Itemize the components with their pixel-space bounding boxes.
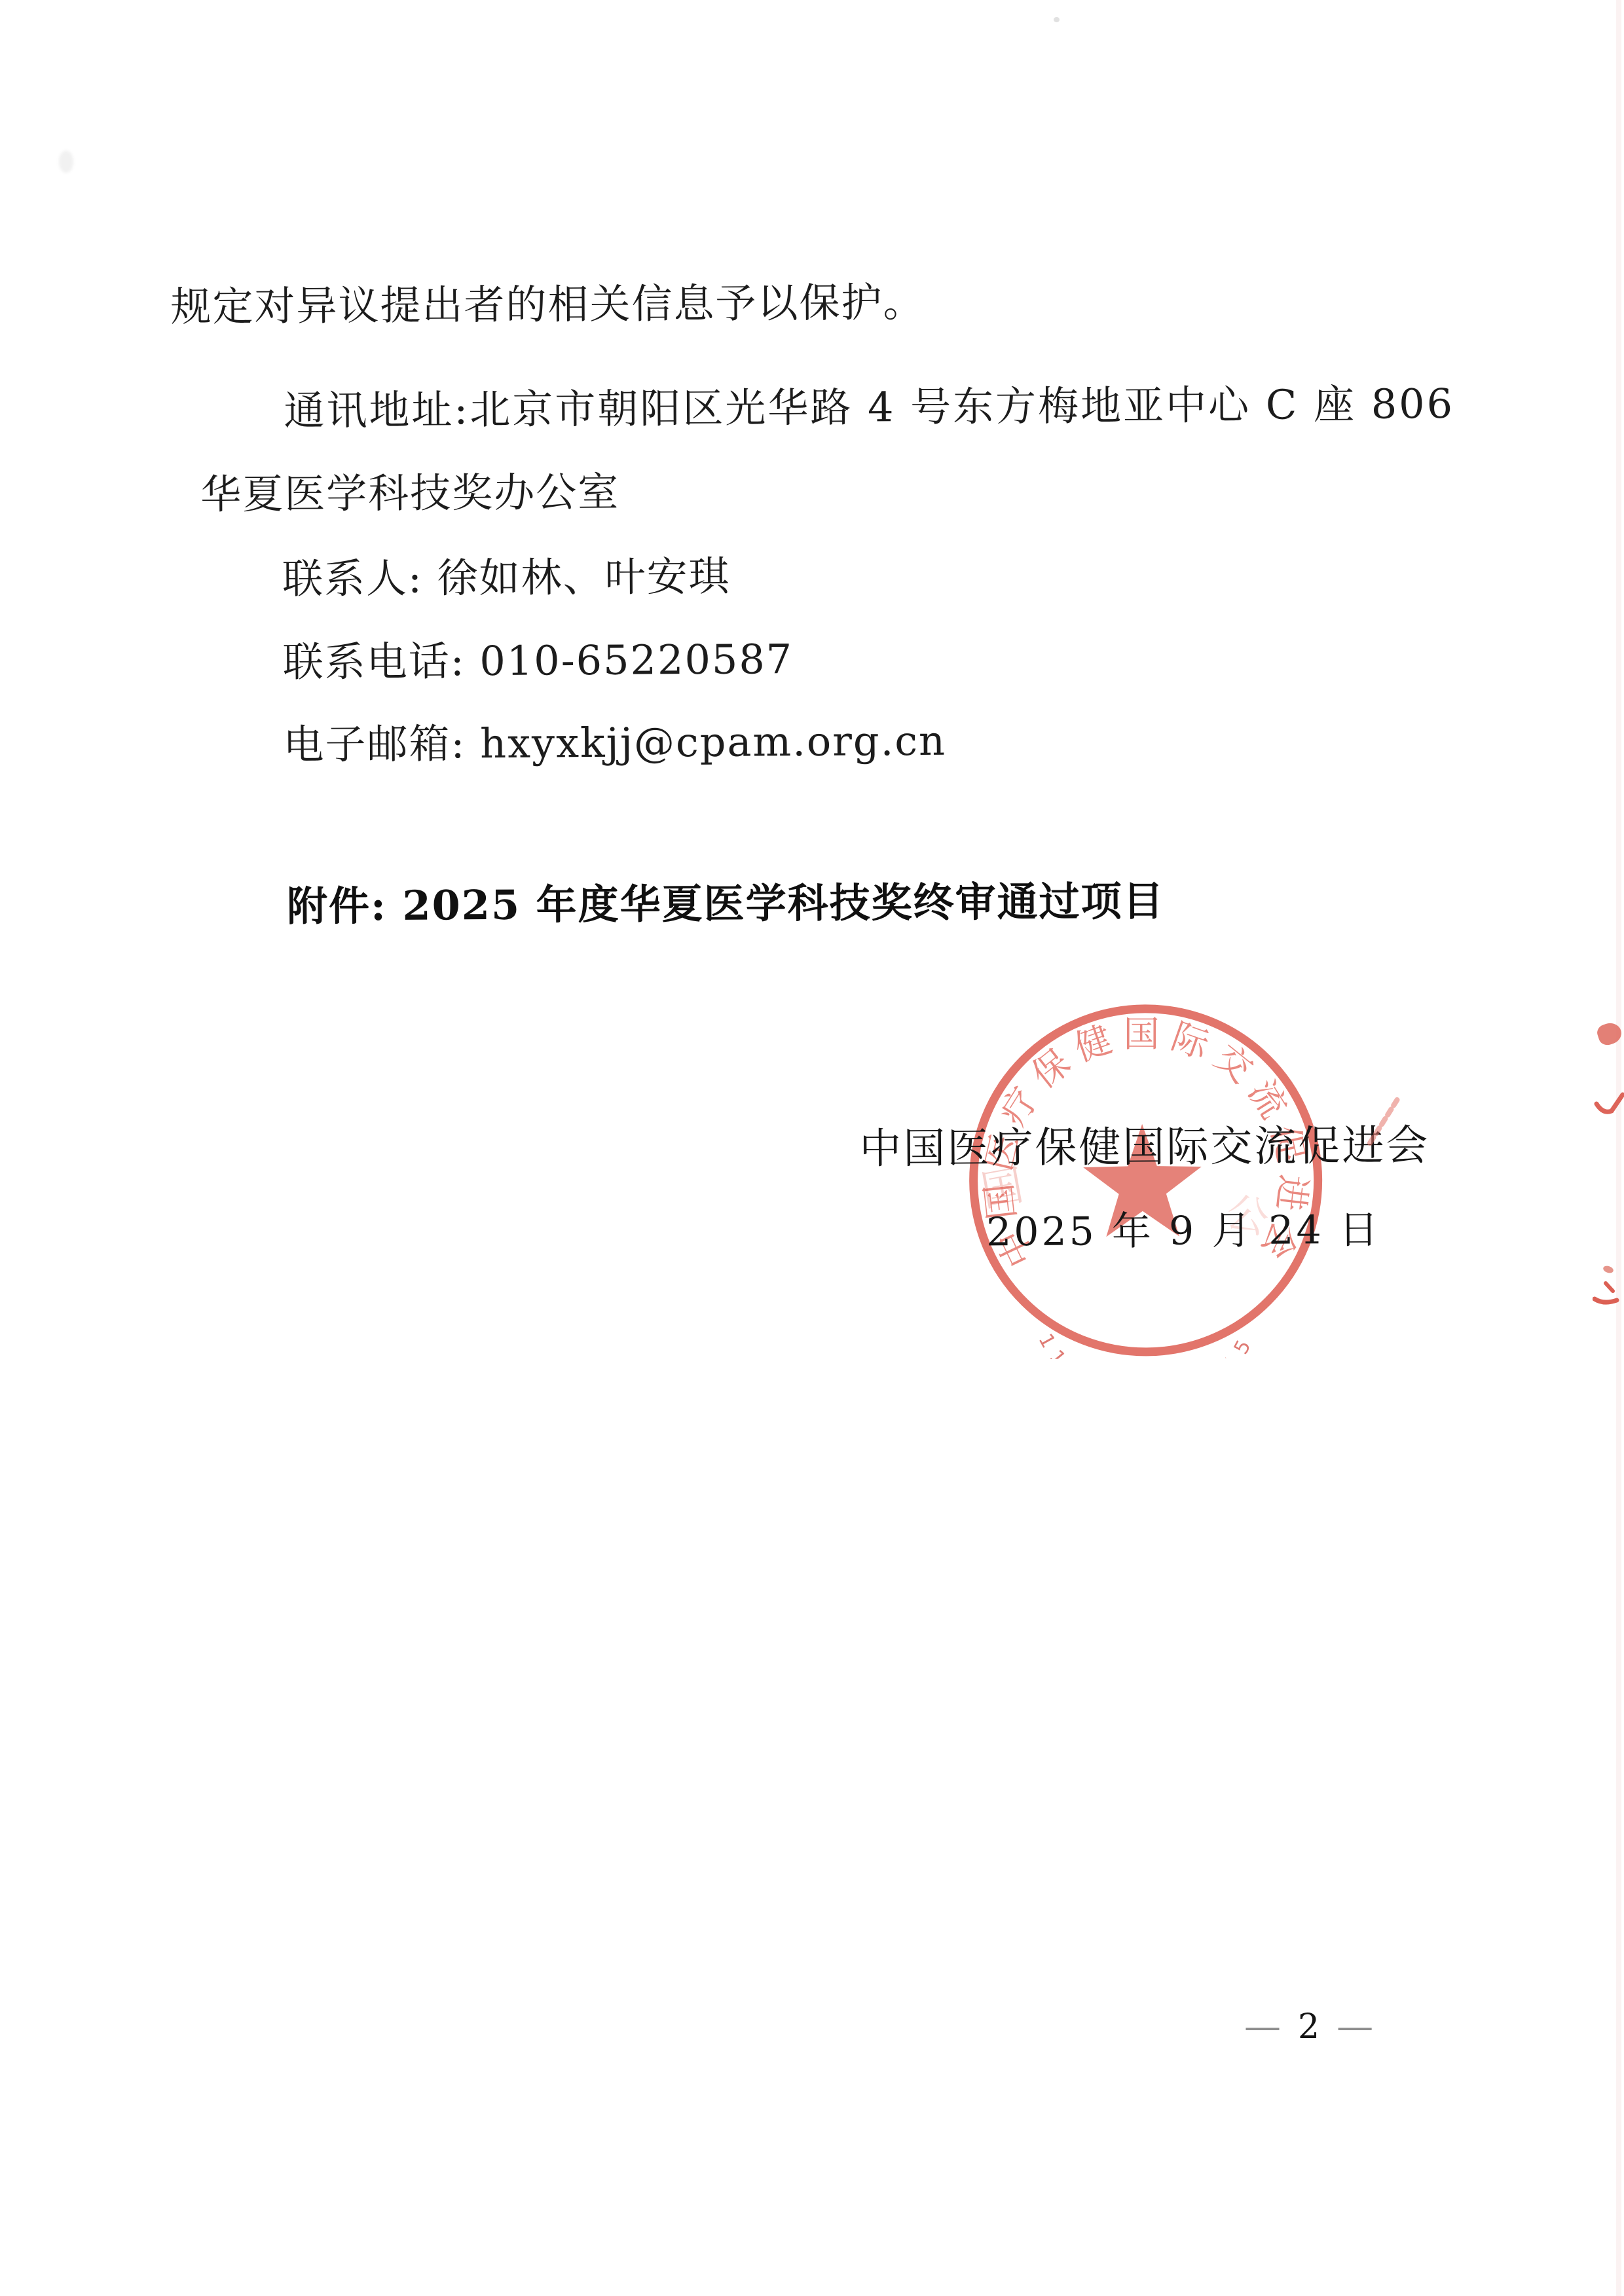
signature-date: 2025 年 9 月 24 日: [986, 1209, 1381, 1254]
signature-organization: 中国医疗保健国际交流促进会: [859, 1123, 1430, 1172]
official-seal: 中国医疗保健国际交流促进会 国 公 1101020393515: [966, 1002, 1327, 1359]
scan-smudge: [59, 151, 73, 173]
page-content: 中国医疗保健国际交流促进会 国 公 1101020393515 规定对异议提出者…: [0, 0, 1624, 2296]
page-number-dash-left: —: [1244, 2009, 1281, 2045]
mailing-address-line-1: 通讯地址:北京市朝阳区光华路 4 号东方梅地亚中心 C 座 806: [284, 382, 1454, 433]
body-text-line: 规定对异议提出者的相关信息予以保护。: [170, 281, 925, 329]
scan-speck: [1054, 17, 1060, 22]
text-layer: 规定对异议提出者的相关信息予以保护。 通讯地址:北京市朝阳区光华路 4 号东方梅…: [0, 0, 1617, 5]
page-number-dash-right: —: [1337, 2009, 1373, 2045]
contact-phone-line: 联系电话: 010-65220587: [283, 638, 794, 685]
red-ink-artifact: [1593, 1278, 1623, 1307]
attachment-line: 附件: 2025 年度华夏医学科技奖终审通过项目: [287, 880, 1165, 929]
contact-person-line: 联系人: 徐如林、叶安琪: [282, 555, 731, 602]
contact-email-line: 电子邮箱: hxyxkjj@cpam.org.cn: [283, 720, 946, 767]
mailing-address-line-2: 华夏医学科技奖办公室: [200, 471, 619, 517]
page-number-footer: — 2 —: [1244, 2009, 1373, 2045]
document-page: 中国医疗保健国际交流促进会 国 公 1101020393515 规定对异议提出者…: [0, 0, 1624, 2296]
scan-edge-strip: [1616, 0, 1621, 2296]
red-ink-artifact: [1594, 1091, 1624, 1122]
red-ink-artifact: [1363, 1092, 1405, 1147]
page-number: 2: [1298, 2010, 1319, 2044]
